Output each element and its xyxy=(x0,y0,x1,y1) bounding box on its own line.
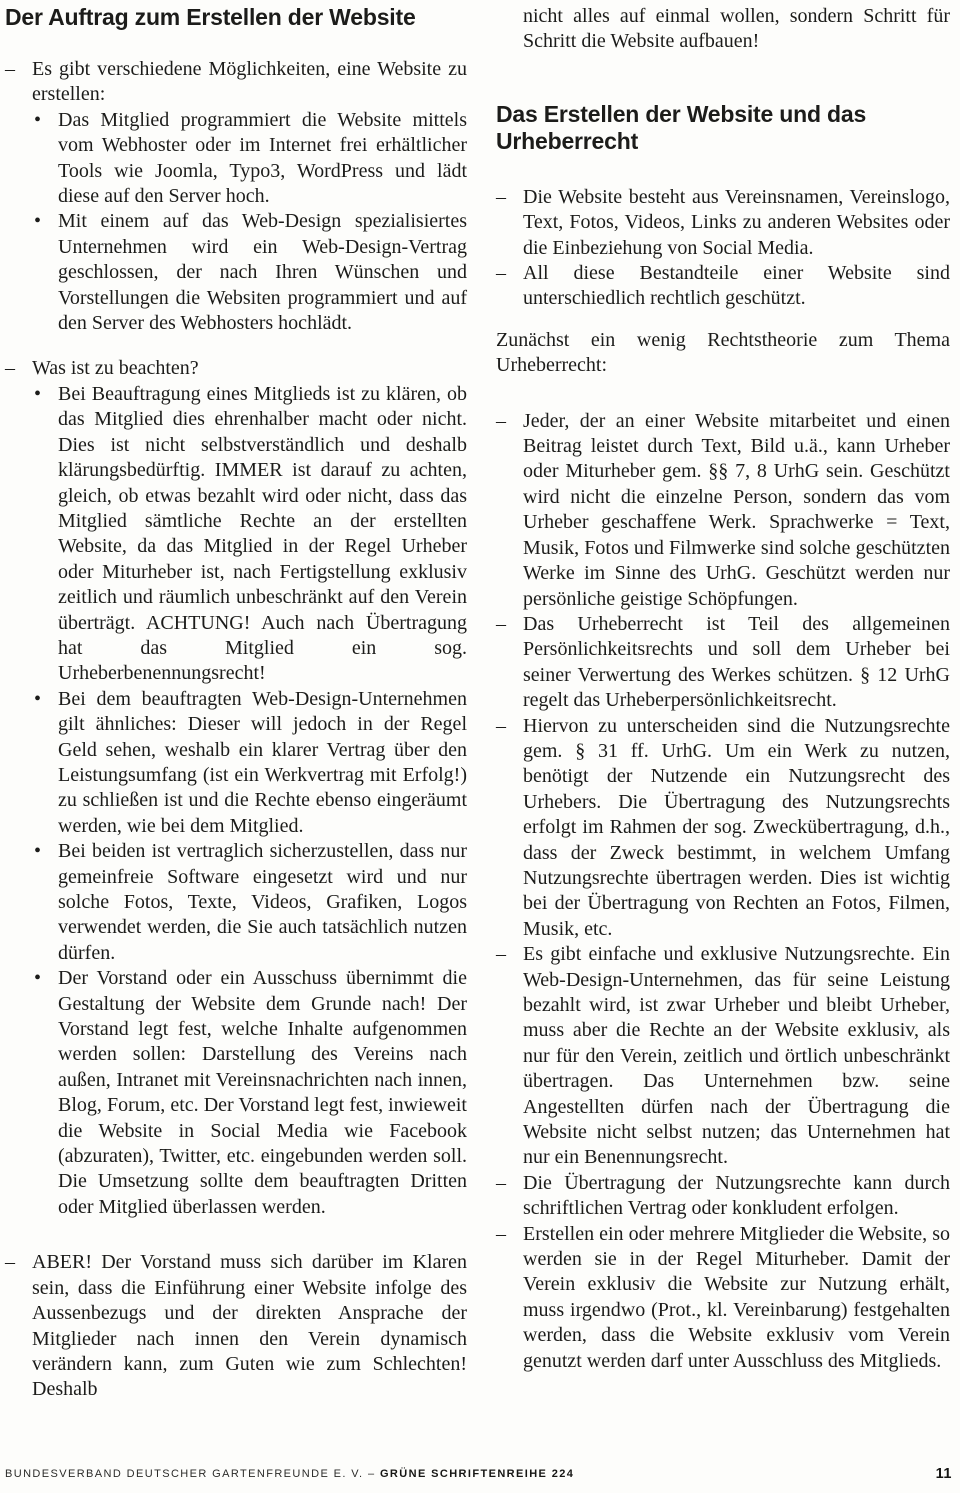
bullet-marker: • xyxy=(34,108,41,133)
dash-list-item: –Die Website besteht aus Vereinsnamen, V… xyxy=(496,185,950,261)
list-item-text: Bei Beauftragung eines Mitglieds ist zu … xyxy=(58,383,467,684)
bullet-list-item: •Das Mitglied programmiert die Website m… xyxy=(5,108,467,210)
footer-separator: – xyxy=(368,1468,376,1480)
dash-marker: – xyxy=(496,409,506,434)
dash-list-item: –Was ist zu beachten? xyxy=(5,356,467,381)
document-page: Der Auftrag zum Erstellen der Website –E… xyxy=(0,0,960,1493)
dash-marker: – xyxy=(496,1222,506,1247)
paragraph-gap xyxy=(5,1220,467,1250)
dash-list-item: –Die Übertragung der Nutzungsrechte kann… xyxy=(496,1171,950,1222)
list-item-text: ABER! Der Vorstand muss sich darüber im … xyxy=(32,1251,467,1400)
list-item-text: All diese Bestandteile einer Website sin… xyxy=(523,262,950,309)
bullet-list-item: •Mit einem auf das Web-Design spezialisi… xyxy=(5,209,467,336)
right-column-blocks: nicht alles auf einmal wollen, sondern S… xyxy=(496,4,950,1374)
dash-marker: – xyxy=(496,612,506,637)
dash-list-item: –Es gibt einfache und exklusive Nutzungs… xyxy=(496,942,950,1171)
dash-marker: – xyxy=(5,356,15,381)
bullet-marker: • xyxy=(34,966,41,991)
dash-list-item: –Jeder, der an einer Website mitarbeitet… xyxy=(496,409,950,612)
paragraph-gap xyxy=(5,336,467,356)
continuation-paragraph: nicht alles auf einmal wollen, sondern S… xyxy=(496,4,950,55)
dash-marker: – xyxy=(5,57,15,82)
bullet-list-item: •Bei beiden ist vertraglich sicherzustel… xyxy=(5,839,467,966)
bullet-marker: • xyxy=(34,382,41,407)
list-item-text: Bei beiden ist vertraglich sicherzustell… xyxy=(58,840,467,964)
footer-series: GRÜNE SCHRIFTENREIHE 224 xyxy=(380,1468,574,1480)
list-item-text: Die Übertragung der Nutzungsrechte kann … xyxy=(523,1172,950,1219)
bullet-list-item: •Bei Beauftragung eines Mitglieds ist zu… xyxy=(5,382,467,687)
right-column: nicht alles auf einmal wollen, sondern S… xyxy=(496,4,950,1403)
dash-list-item: –All diese Bestandteile einer Website si… xyxy=(496,261,950,312)
dash-list-item: –Erstellen ein oder mehrere Mitglieder d… xyxy=(496,1222,950,1374)
list-item-text: Mit einem auf das Web-Design spezialisie… xyxy=(58,210,467,334)
footer-publisher: BUNDESVERBAND DEUTSCHER GARTENFREUNDE E.… xyxy=(5,1468,363,1480)
list-item-text: Das Urheberrecht ist Teil des allgemeine… xyxy=(523,613,950,711)
bullet-marker: • xyxy=(34,209,41,234)
dash-marker: – xyxy=(496,261,506,286)
list-item-text: Erstellen ein oder mehrere Mitglieder di… xyxy=(523,1223,950,1372)
list-item-text: Es gibt einfache und exklusive Nutzungsr… xyxy=(523,943,950,1168)
list-item-text: Bei dem beauftragten Web-Design-Unterneh… xyxy=(58,688,467,837)
list-item-text: Jeder, der an einer Website mitarbeitet … xyxy=(523,410,950,610)
footer-imprint: BUNDESVERBAND DEUTSCHER GARTENFREUNDE E.… xyxy=(5,1462,574,1487)
bullet-list-item: •Bei dem beauftragten Web-Design-Unterne… xyxy=(5,687,467,839)
page-title: Der Auftrag zum Erstellen der Website xyxy=(5,4,467,31)
left-column-blocks: –Es gibt verschiedene Möglichkeiten, ein… xyxy=(5,57,467,1403)
dash-marker: – xyxy=(496,942,506,967)
page-number: 11 xyxy=(936,1462,952,1487)
dash-marker: – xyxy=(5,1250,15,1275)
dash-marker: – xyxy=(496,714,506,739)
page-footer: BUNDESVERBAND DEUTSCHER GARTENFREUNDE E.… xyxy=(5,1462,952,1487)
list-item-text: Die Website besteht aus Vereinsnamen, Ve… xyxy=(523,186,950,259)
bullet-marker: • xyxy=(34,839,41,864)
left-column: Der Auftrag zum Erstellen der Website –E… xyxy=(5,4,467,1403)
dash-marker: – xyxy=(496,185,506,210)
list-item-text: Es gibt verschiedene Möglichkeiten, eine… xyxy=(32,58,467,105)
dash-list-item: –Hiervon zu unterscheiden sind die Nutzu… xyxy=(496,714,950,943)
bullet-marker: • xyxy=(34,687,41,712)
section-heading: Das Erstellen der Website und das Urhebe… xyxy=(496,101,950,155)
list-item-text: Was ist zu beachten? xyxy=(32,357,199,379)
two-column-layout: Der Auftrag zum Erstellen der Website –E… xyxy=(5,4,950,1403)
paragraph-gap xyxy=(496,312,950,328)
dash-list-item: –Das Urheberrecht ist Teil des allgemein… xyxy=(496,612,950,714)
dash-list-item: –Es gibt verschiedene Möglichkeiten, ein… xyxy=(5,57,467,108)
list-item-text: Das Mitglied programmiert die Website mi… xyxy=(58,109,467,207)
paragraph-gap xyxy=(496,379,950,409)
paragraph: Zunächst ein wenig Rechtstheorie zum The… xyxy=(496,328,950,379)
list-item-text: Der Vorstand oder ein Ausschuss übernimm… xyxy=(58,967,467,1218)
dash-marker: – xyxy=(496,1171,506,1196)
dash-list-item: –ABER! Der Vorstand muss sich darüber im… xyxy=(5,1250,467,1402)
bullet-list-item: •Der Vorstand oder ein Ausschuss übernim… xyxy=(5,966,467,1220)
list-item-text: Hiervon zu unterscheiden sind die Nutzun… xyxy=(523,715,950,940)
